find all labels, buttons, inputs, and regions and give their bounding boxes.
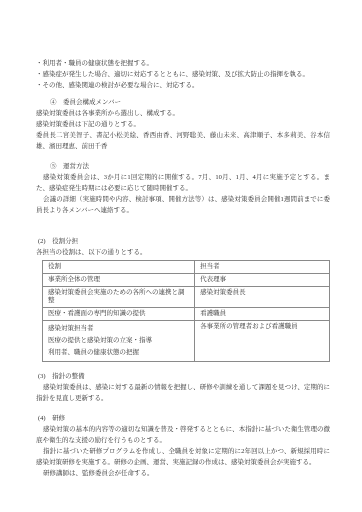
paragraph: 感染対策の基本的内容等の適切な知識を普及・啓発するとともに、本指針に基づいた衛生… [36, 424, 330, 446]
section-guideline-maintenance: (3) 指針の整備 感染対策委員は、感染に対する最新の情報を把握し、研修や訓練を… [36, 371, 330, 404]
table-row: 感染対策委員会実施のための各所への連携と調整 感染対策委員長 [43, 287, 330, 308]
role-cell: 感染対策委員会実施のための各所への連携と調整 [43, 287, 195, 308]
column-header-person: 担当者 [195, 261, 330, 274]
role-assignment-table: 役割 担当者 事業所全体の管理 代表理事 感染対策委員会実施のための各所への連携… [42, 260, 330, 362]
spacer [36, 362, 330, 371]
table-row: 感染対策担当者 医療の提供と感染対策の立案・指導 利用者、職員の健康状態の把握 … [43, 321, 330, 362]
document-content: ・利用者・職員の健康状態を把握する。 ・感染症が発生した場合、適切に対応するとと… [36, 58, 330, 479]
bullet-item: ・感染症が発生した場合、適切に対応するとともに、感染対策、及び拡大防止の指揮を執… [36, 69, 330, 80]
table-row: 医療・看護面の専門的知識の提供 看護職員 [43, 308, 330, 321]
table-row: 事業所全体の管理 代表理事 [43, 274, 330, 287]
document-page: ・利用者・職員の健康状態を把握する。 ・感染症が発生した場合、適切に対応するとと… [0, 0, 362, 512]
section-operation-method: ⑤ 運営方法 感染対策委員会は、3か月に1回定期的に開催する。7月、10月、1月… [36, 161, 330, 216]
section-heading-committee-members: ④ 委員会構成メンバー [36, 97, 330, 108]
section-heading-guideline-maintenance: (3) 指針の整備 [36, 371, 330, 382]
person-cell: 看護職員 [195, 308, 330, 321]
section-committee-members: ④ 委員会構成メンバー 感染対策委員は各事業所から選出し、構成する。 感染対策委… [36, 97, 330, 152]
paragraph: 感染対策委員は各事業所から選出し、構成する。 [36, 108, 330, 119]
section-heading-role-assignment: (2) 役割分担 [36, 236, 330, 247]
paragraph: 研修講師は、監修委員会が任命する。 [36, 468, 330, 479]
section-heading-training: (4) 研修 [36, 413, 330, 424]
section-training: (4) 研修 感染対策の基本的内容等の適切な知識を普及・啓発するとともに、本指針… [36, 413, 330, 479]
paragraph: 会議の詳細（実施時間や内容、検討事項、開催方法等）は、感染対策委員会開催1週間前… [36, 194, 330, 216]
paragraph: 感染対策委員会は、3か月に1回定期的に開催する。7月、10月、1月、4月に実施予… [36, 172, 330, 194]
role-cell-line: 利用者、職員の健康状態の把握 [48, 347, 189, 359]
section-role-assignment: (2) 役割分担 各担当の役割は、以下の通りとする。 役割 担当者 事業所全体の… [36, 236, 330, 362]
paragraph: 感染対策委員は下記の通りとする。 [36, 119, 330, 130]
role-cell: 感染対策担当者 医療の提供と感染対策の立案・指導 利用者、職員の健康状態の把握 [43, 321, 195, 362]
role-cell-line: 医療の提供と感染対策の立案・指導 [48, 335, 189, 347]
table-header-row: 役割 担当者 [43, 261, 330, 274]
person-cell: 各事業所の管理者および看護職員 [195, 321, 330, 362]
bullet-item: ・利用者・職員の健康状態を把握する。 [36, 58, 330, 69]
section-heading-operation-method: ⑤ 運営方法 [36, 161, 330, 172]
committee-member-names: 委員長二宮美智子、書記小松美絵、香西由香、河野聡美、藤山未来、高津順子、本多莉美… [36, 130, 330, 152]
role-cell: 事業所全体の管理 [43, 274, 195, 287]
paragraph: 感染対策委員は、感染に対する最新の情報を把握し、研修や訓練を通して課題を見つけ、… [36, 382, 330, 404]
spacer [36, 404, 330, 413]
role-cell: 医療・看護面の専門的知識の提供 [43, 308, 195, 321]
role-cell-line: 感染対策担当者 [48, 323, 189, 335]
paragraph: 指針に基づいた研修プログラムを作成し、全職員を対象に定期的に2年回以上かつ、新規… [36, 446, 330, 468]
spacer [36, 152, 330, 161]
column-header-role: 役割 [43, 261, 195, 274]
person-cell: 感染対策委員長 [195, 287, 330, 308]
intro-bullet-list: ・利用者・職員の健康状態を把握する。 ・感染症が発生した場合、適切に対応するとと… [36, 58, 330, 91]
bullet-item: ・その他、感染関連の検討が必要な場合に、対応する。 [36, 80, 330, 91]
person-cell: 代表理事 [195, 274, 330, 287]
paragraph: 各担当の役割は、以下の通りとする。 [36, 247, 330, 258]
spacer [36, 216, 330, 236]
